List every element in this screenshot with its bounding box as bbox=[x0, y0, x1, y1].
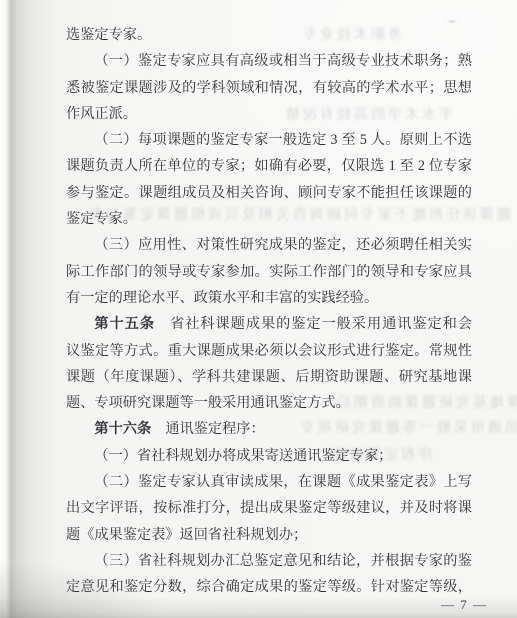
text-line: 课题（年度课题）、学科共建课题、后期资助课题、研究基地课 bbox=[66, 364, 472, 390]
line-text: （三）应用性、对策性研究成果的鉴定，还必须聘任相关实 bbox=[94, 237, 472, 253]
line-text: 课题（年度课题）、学科共建课题、后期资助课题、研究基地课 bbox=[66, 369, 472, 385]
line-text: （二）鉴定专家认真审读成果，在课题《成果鉴定表》上写 bbox=[94, 474, 472, 490]
text-line: 课题负责人所在单位的专家；如确有必要，仅限选 1 至 2 位专家 bbox=[66, 153, 472, 179]
line-text: （一）鉴定专家应具有高级或相当于高级专业技术职务；熟 bbox=[94, 53, 472, 69]
line-text: 通讯鉴定程序： bbox=[151, 421, 265, 437]
line-text: （一）省社科规划办将成果寄送通讯鉴定专家； bbox=[94, 448, 392, 464]
text-line: （三）省社科规划办汇总鉴定意见和结论，并根据专家的鉴 bbox=[66, 548, 472, 574]
line-text: 际工作部门的领导或专家参加。实际工作部门的领导和专家应具 bbox=[66, 264, 472, 280]
text-line: （一）鉴定专家应具有高级或相当于高级专业技术职务；熟 bbox=[66, 48, 472, 74]
text-line: 题《成果鉴定表》返回省社科规划办； bbox=[66, 522, 472, 548]
text-line: （一）省社科规划办将成果寄送通讯鉴定专家； bbox=[66, 443, 472, 469]
line-text: 课题负责人所在单位的专家；如确有必要，仅限选 1 至 2 位专家 bbox=[66, 158, 472, 174]
text-line: 选鉴定专家。 bbox=[66, 22, 472, 48]
line-text: 参与鉴定。课题组成员及相关咨询、顾问专家不能担任该课题的 bbox=[66, 185, 472, 201]
text-line: 第十六条 通讯鉴定程序： bbox=[66, 416, 472, 442]
article-heading: 第十六条 bbox=[94, 421, 151, 437]
line-text: 省社科课题成果的鉴定一般采用通讯鉴定和会 bbox=[155, 316, 472, 332]
text-line: 参与鉴定。课题组成员及相关咨询、顾问专家不能担任该课题的 bbox=[66, 180, 472, 206]
line-text: 鉴定专家。 bbox=[66, 211, 137, 227]
page-number: — 7 — bbox=[441, 597, 488, 613]
text-line: 有一定的理论水平、政策水平和丰富的实践经验。 bbox=[66, 285, 472, 311]
text-line: 鉴定专家。 bbox=[66, 206, 472, 232]
text-line: （二）每项课题的鉴定专家一般选定 3 至 5 人。原则上不选 bbox=[66, 127, 472, 153]
document-body-text: 选鉴定专家。 （一）鉴定专家应具有高级或相当于高级专业技术职务；熟 悉被鉴定课题… bbox=[66, 22, 472, 601]
line-text: 题《成果鉴定表》返回省社科规划办； bbox=[66, 527, 307, 543]
line-text: 定意见和鉴定分数，综合确定成果的鉴定等级。针对鉴定等级， bbox=[66, 579, 472, 595]
line-text: 有一定的理论水平、政策水平和丰富的实践经验。 bbox=[66, 290, 378, 306]
text-line: 悉被鉴定课题涉及的学科领域和情况，有较高的学术水平；思想 bbox=[66, 75, 472, 101]
text-line: 议鉴定等方式。重大课题成果必须以会议形式进行鉴定。常规性 bbox=[66, 338, 472, 364]
text-line: 出文字评语，按标准打分，提出成果鉴定等级建议，并及时将课 bbox=[66, 495, 472, 521]
text-line: 题、专项研究课题等一般采用通讯鉴定方式。 bbox=[66, 390, 472, 416]
text-line: （三）应用性、对策性研究成果的鉴定，还必须聘任相关实 bbox=[66, 232, 472, 258]
line-text: 选鉴定专家。 bbox=[66, 27, 151, 43]
text-line: 作风正派。 bbox=[66, 101, 472, 127]
text-line: 第十五条 省社科课题成果的鉴定一般采用通讯鉴定和会 bbox=[66, 311, 472, 337]
line-text: 议鉴定等方式。重大课题成果必须以会议形式进行鉴定。常规性 bbox=[66, 343, 472, 359]
text-line: 定意见和鉴定分数，综合确定成果的鉴定等级。针对鉴定等级， bbox=[66, 574, 472, 600]
text-line: 际工作部门的领导或专家参加。实际工作部门的领导和专家应具 bbox=[66, 259, 472, 285]
line-text: 悉被鉴定课题涉及的学科领域和情况，有较高的学术水平；思想 bbox=[66, 80, 472, 96]
line-text: （三）省社科规划办汇总鉴定意见和结论，并根据专家的鉴 bbox=[94, 553, 472, 569]
line-text: 作风正派。 bbox=[66, 106, 137, 122]
line-text: （二）每项课题的鉴定专家一般选定 3 至 5 人。原则上不选 bbox=[94, 132, 472, 148]
article-heading: 第十五条 bbox=[94, 316, 155, 332]
line-text: 出文字评语，按标准打分，提出成果鉴定等级建议，并及时将课 bbox=[66, 500, 472, 516]
scanned-document-page: 务职术技业专 平水术学的高较有况情 题课该任担能不家专问顾询咨关相及员成组题课定… bbox=[0, 0, 517, 618]
text-line: （二）鉴定专家认真审读成果，在课题《成果鉴定表》上写 bbox=[66, 469, 472, 495]
line-text: 题、专项研究课题等一般采用通讯鉴定方式。 bbox=[66, 395, 350, 411]
